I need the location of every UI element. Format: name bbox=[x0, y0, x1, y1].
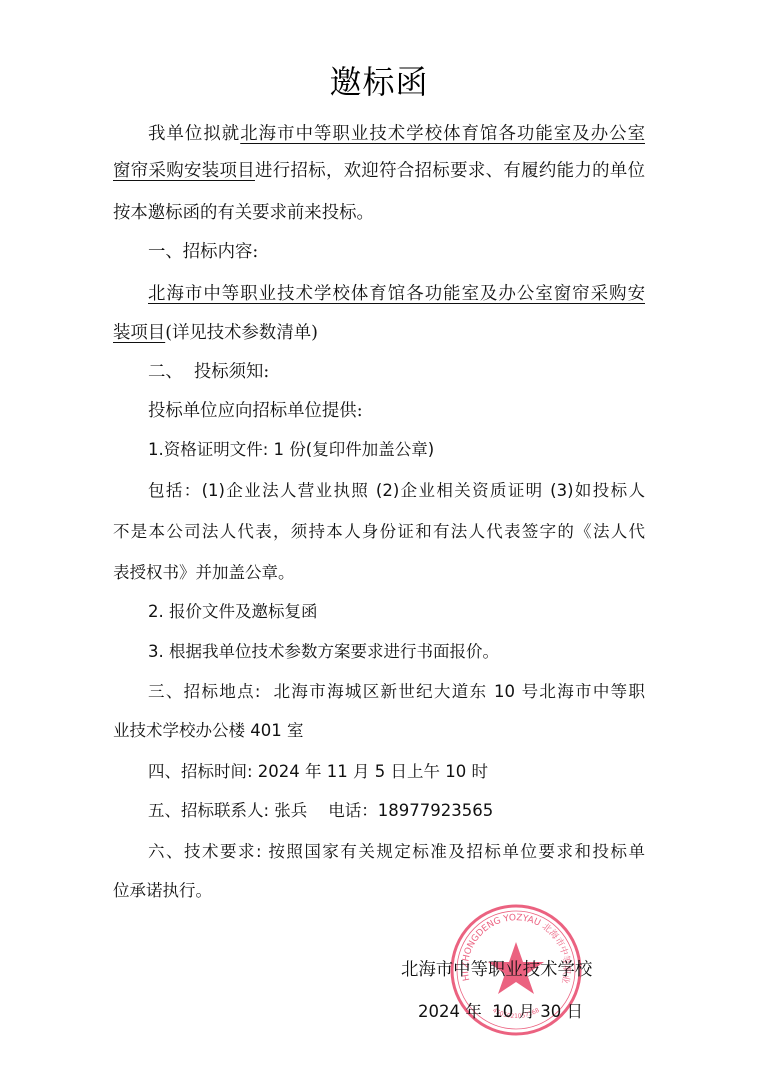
signature-organization: 北海市中等职业技术学校 bbox=[401, 957, 592, 983]
section5-line-1: 五、招标联系人: 张兵 电话：18977923565 bbox=[148, 798, 645, 824]
section2-item-2: 2. 报价文件及邀标复函 bbox=[148, 599, 645, 625]
intro-line-3: 按本邀标函的有关要求前来投标。 bbox=[113, 200, 645, 226]
section2-intro: 投标单位应向招标单位提供: bbox=[148, 398, 645, 424]
intro-line-1: 我单位拟就北海市中等职业技术学校体育馆各功能室及办公室 bbox=[148, 121, 645, 147]
intro-text: 我单位拟就 bbox=[148, 124, 240, 144]
project-name-underlined: 北海市中等职业技术学校体育馆各功能室及办公室 bbox=[240, 124, 645, 144]
document-title: 邀标函 bbox=[0, 60, 758, 104]
section1-content-line-2: 装项目(详见技术参数清单) bbox=[113, 320, 645, 346]
section2-item-1-detail-1: 包括：(1)企业法人营业执照 (2)企业相关资质证明 (3)如投标人 bbox=[148, 478, 645, 504]
section4-line-1: 四、招标时间: 2024 年 11 月 5 日上午 10 时 bbox=[148, 759, 645, 785]
section3-line-1: 三、招标地点: 北海市海城区新世纪大道东 10 号北海市中等职 bbox=[148, 679, 645, 705]
project-name-underlined: 窗帘采购安装项目 bbox=[113, 161, 255, 181]
document-page: 邀标函 我单位拟就北海市中等职业技术学校体育馆各功能室及办公室 窗帘采购安装项目… bbox=[0, 0, 758, 1076]
section2-heading: 二、 投标须知: bbox=[148, 359, 645, 385]
section2-item-3: 3. 根据我单位技术参数方案要求进行书面报价。 bbox=[148, 639, 645, 665]
section1-heading: 一、招标内容: bbox=[148, 239, 645, 265]
section1-note: (详见技术参数清单) bbox=[165, 323, 318, 343]
intro-text: 进行招标，欢迎符合招标要求、有履约能力的单位 bbox=[255, 161, 645, 181]
signature-date: 2024 年 10 月 30 日 bbox=[418, 999, 583, 1025]
section2-item-1-detail-3: 表授权书》并加盖公章。 bbox=[113, 560, 645, 586]
section6-line-2: 位承诺执行。 bbox=[113, 878, 645, 904]
section3-line-2: 业技术学校办公楼 401 室 bbox=[113, 718, 645, 744]
section1-content-line-1: 北海市中等职业技术学校体育馆各功能室及办公室窗帘采购安 bbox=[148, 281, 645, 307]
project-name-underlined: 装项目 bbox=[113, 323, 165, 343]
section2-item-1: 1.资格证明文件: 1 份(复印件加盖公章) bbox=[148, 437, 645, 463]
project-name-underlined: 北海市中等职业技术学校体育馆各功能室及办公室窗帘采购安 bbox=[148, 284, 645, 304]
intro-line-2: 窗帘采购安装项目进行招标，欢迎符合招标要求、有履约能力的单位 bbox=[113, 158, 645, 184]
section6-line-1: 六、技术要求: 按照国家有关规定标准及招标单位要求和投标单 bbox=[148, 839, 645, 865]
section2-item-1-detail-2: 不是本公司法人代表，须持本人身份证和有法人代表签字的《法人代 bbox=[113, 519, 645, 545]
